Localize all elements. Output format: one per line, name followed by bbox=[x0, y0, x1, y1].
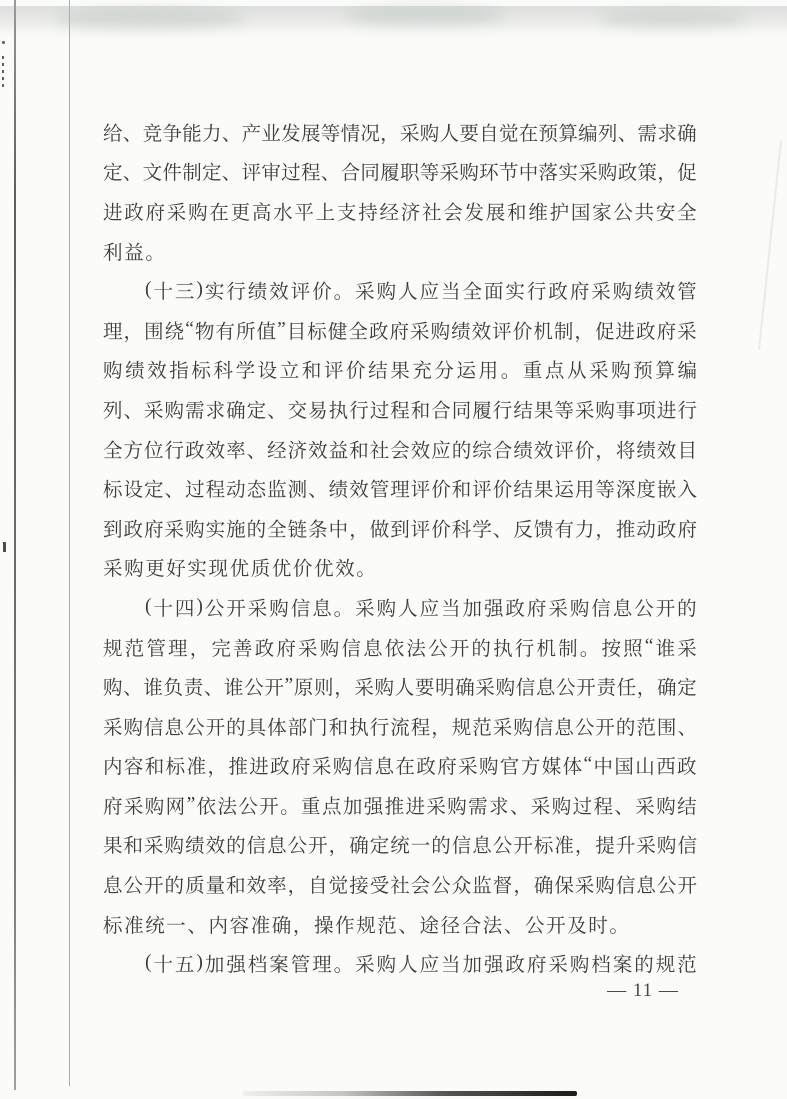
text-line: 府采购网”依法公开。重点加强推进采购需求、采购过程、采购结 bbox=[103, 785, 697, 825]
text-line: 购、谁负责、谁公开”原则，采购人要明确采购信息公开责任，确定 bbox=[103, 666, 697, 706]
text-line: 标设定、过程动态监测、绩效管理评价和评价结果运用等深度嵌入 bbox=[103, 468, 697, 508]
text-line: 采购更好实现优质优价优效。 bbox=[103, 548, 697, 588]
text-line: (十三)实行绩效评价。采购人应当全面实行政府采购绩效管 bbox=[103, 270, 697, 310]
scan-debris-mark bbox=[2, 41, 5, 44]
text-line: 购绩效指标科学设立和评价结果充分运用。重点从采购预算编 bbox=[103, 350, 697, 390]
document-body: 给、竞争能力、产业发展等情况，采购人要自觉在预算编列、需求确定、文件制定、评审过… bbox=[103, 112, 697, 983]
text-line: (十五)加强档案管理。采购人应当加强政府采购档案的规范 bbox=[103, 943, 697, 983]
scan-blotch bbox=[345, 6, 505, 26]
text-line: 规范管理，完善政府采购信息依法公开的执行机制。按照“谁采 bbox=[103, 627, 697, 667]
text-line: 定、文件制定、评审过程、合同履职等采购环节中落实采购政策，促 bbox=[103, 152, 697, 192]
page-fold-line bbox=[69, 0, 70, 1086]
scan-bottom-bar bbox=[243, 1091, 577, 1096]
scan-blotch bbox=[55, 8, 245, 30]
scanned-document-page: 给、竞争能力、产业发展等情况，采购人要自觉在预算编列、需求确定、文件制定、评审过… bbox=[0, 0, 787, 1099]
scan-debris-mark bbox=[2, 56, 4, 88]
text-line: 标准统一、内容准确，操作规范、途径合法、公开及时。 bbox=[103, 904, 697, 944]
text-line: 给、竞争能力、产业发展等情况，采购人要自觉在预算编列、需求确 bbox=[103, 112, 697, 152]
page-edge-line bbox=[14, 0, 16, 1090]
page-number: — 11 — bbox=[597, 980, 689, 1002]
text-line: 采购信息公开的具体部门和执行流程，规范采购信息公开的范围、 bbox=[103, 706, 697, 746]
scan-debris-mark bbox=[3, 542, 6, 552]
text-line: 果和采购绩效的信息公开，确定统一的信息公开标准，提升采购信 bbox=[103, 825, 697, 865]
text-line: 内容和标准，推进政府采购信息在政府采购官方媒体“中国山西政 bbox=[103, 746, 697, 786]
text-line: 全方位行政效率、经济效益和社会效应的综合绩效评价，将绩效目 bbox=[103, 429, 697, 469]
text-line: (十四)公开采购信息。采购人应当加强政府采购信息公开的 bbox=[103, 587, 697, 627]
text-line: 利益。 bbox=[103, 231, 697, 271]
text-line: 列、采购需求确定、交易执行过程和合同履行结果等采购事项进行 bbox=[103, 389, 697, 429]
text-line: 理，围绕“物有所值”目标健全政府采购绩效评价机制，促进政府采 bbox=[103, 310, 697, 350]
text-line: 到政府采购实施的全链条中，做到评价科学、反馈有力，推动政府 bbox=[103, 508, 697, 548]
scan-streak bbox=[758, 140, 782, 349]
text-line: 进政府采购在更高水平上支持经济社会发展和维护国家公共安全 bbox=[103, 191, 697, 231]
scan-blotch bbox=[598, 10, 748, 28]
text-line: 息公开的质量和效率，自觉接受社会公众监督，确保采购信息公开 bbox=[103, 864, 697, 904]
